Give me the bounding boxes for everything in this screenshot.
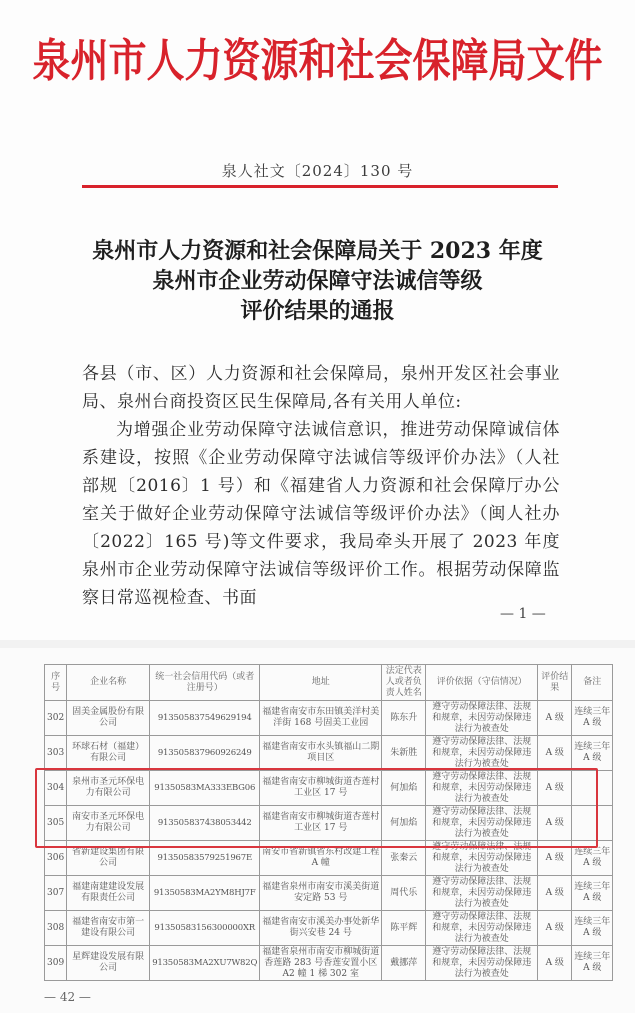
page-number: — 42 —	[44, 990, 91, 1004]
table-row: 309 星辉建设发展有限公司 91350583MA2XU7W82Q 福建省泉州市…	[45, 946, 613, 981]
cell-credit-code: 91350583579251967E	[150, 841, 260, 876]
document-masthead: 泉州市人力资源和社会保障局文件	[0, 24, 635, 89]
table-row-highlighted: 304 泉州市圣元环保电力有限公司 91350583MA333EBG06 福建省…	[45, 771, 613, 806]
header-result: 评价结果	[538, 665, 572, 701]
body-paragraph: 为增强企业劳动保障守法诚信意识，推进劳动保障诚信体系建设，按照《企业劳动保障守法…	[82, 416, 560, 612]
cell-credit-code: 913505837960926249	[150, 736, 260, 771]
cell-representative: 何加焰	[382, 806, 426, 841]
cell-credit-code: 91350583MA333EBG06	[150, 771, 260, 806]
cell-note: 连续三年 A 级	[572, 736, 613, 771]
table-row: 303 环球石材（福建）有限公司 913505837960926249 福建省南…	[45, 736, 613, 771]
document-title: 泉州市人力资源和社会保障局关于 2023 年度 泉州市企业劳动保障守法诚信等级 …	[0, 236, 635, 326]
header-seq: 序号	[45, 665, 67, 701]
page-number: — 1 —	[500, 606, 546, 622]
title-line-1: 泉州市人力资源和社会保障局关于 2023 年度	[0, 236, 635, 266]
table-row: 302 固美金属股份有限公司 91350583754962919​4 福建省南安…	[45, 701, 613, 736]
header-address: 地址	[260, 665, 382, 701]
cell-seq: 304	[45, 771, 67, 806]
page-separator	[0, 640, 635, 648]
cell-result: A 级	[538, 946, 572, 981]
title-line-3: 评价结果的通报	[0, 296, 635, 326]
cell-basis: 遵守劳动保障法律、法规和规章，未因劳动保障违法行为被查处	[426, 876, 538, 911]
cell-result: A 级	[538, 876, 572, 911]
cell-result: A 级	[538, 736, 572, 771]
evaluation-results-table: 序号 企业名称 统一社会信用代码（或者注册号） 地址 法定代表人或者负责人姓名 …	[44, 664, 613, 981]
cell-representative: 陈东升	[382, 701, 426, 736]
table-row-highlighted: 305 南安市圣元环保电力有限公司 913505837438053442 福建省…	[45, 806, 613, 841]
cell-note: 连续三年 A 级	[572, 841, 613, 876]
cell-company: 泉州市圣元环保电力有限公司	[67, 771, 150, 806]
cell-note: 连续三年 A 级	[572, 701, 613, 736]
cell-address: 福建省南安市水头镇福山二期项目区	[260, 736, 382, 771]
cell-address: 福建省南安市柳城街道杏莲村工业区 17 号	[260, 806, 382, 841]
cell-company: 环球石材（福建）有限公司	[67, 736, 150, 771]
cell-seq: 302	[45, 701, 67, 736]
cell-company: 星辉建设发展有限公司	[67, 946, 150, 981]
header-credit-code: 统一社会信用代码（或者注册号）	[150, 665, 260, 701]
cell-representative: 戴挪萍	[382, 946, 426, 981]
cell-credit-code: 913505837438053442	[150, 806, 260, 841]
cell-seq: 306	[45, 841, 67, 876]
cell-result: A 级	[538, 911, 572, 946]
cell-representative: 朱新胜	[382, 736, 426, 771]
cell-seq: 309	[45, 946, 67, 981]
cell-note: 连续三年 A 级	[572, 876, 613, 911]
cell-company: 福建南建建设发展有限责任公司	[67, 876, 150, 911]
header-company: 企业名称	[67, 665, 150, 701]
cell-basis: 遵守劳动保障法律、法规和规章，未因劳动保障违法行为被查处	[426, 911, 538, 946]
cell-address: 福建省泉州市南安市柳城街道香莲路 283 号香莲安置小区 A2 幢 1 梯 30…	[260, 946, 382, 981]
cell-seq: 303	[45, 736, 67, 771]
header-note: 备注	[572, 665, 613, 701]
cell-credit-code: 91350583MA2XU7W82Q	[150, 946, 260, 981]
cell-basis: 遵守劳动保障法律、法规和规章，未因劳动保障违法行为被查处	[426, 701, 538, 736]
cell-note	[572, 771, 613, 806]
cell-representative: 张秦云	[382, 841, 426, 876]
table-header-row: 序号 企业名称 统一社会信用代码（或者注册号） 地址 法定代表人或者负责人姓名 …	[45, 665, 613, 701]
cell-company: 福建省南安市第一建设有限公司	[67, 911, 150, 946]
cell-company: 固美金属股份有限公司	[67, 701, 150, 736]
cell-representative: 何加焰	[382, 771, 426, 806]
cell-address: 南安市省新镇省东村改建工程 A 幢	[260, 841, 382, 876]
cell-basis: 遵守劳动保障法律、法规和规章，未因劳动保障违法行为被查处	[426, 841, 538, 876]
cell-address: 福建省泉州市南安市溪美街道安定路 53 号	[260, 876, 382, 911]
cell-note: 连续三年 A 级	[572, 911, 613, 946]
cell-address: 福建省南安市柳城街道杏莲村工业区 17 号	[260, 771, 382, 806]
table-row: 308 福建省南安市第一建设有限公司 91350583156300000XR 福…	[45, 911, 613, 946]
cell-note: 连续三年 A 级	[572, 946, 613, 981]
cell-representative: 周代乐	[382, 876, 426, 911]
document-page-42: 序号 企业名称 统一社会信用代码（或者注册号） 地址 法定代表人或者负责人姓名 …	[0, 648, 635, 1013]
cell-seq: 308	[45, 911, 67, 946]
document-page-1: 泉州市人力资源和社会保障局文件 泉人社文〔2024〕130 号 泉州市人力资源和…	[0, 0, 635, 640]
header-basis: 评价依据（守信情况）	[426, 665, 538, 701]
document-number: 泉人社文〔2024〕130 号	[0, 160, 635, 181]
table-row: 307 福建南建建设发展有限责任公司 91350583MA2YM8HJ7F 福建…	[45, 876, 613, 911]
red-divider-line	[82, 185, 558, 188]
cell-basis: 遵守劳动保障法律、法规和规章，未因劳动保障违法行为被查处	[426, 946, 538, 981]
salutation: 各县（市、区）人力资源和社会保障局，泉州开发区社会事业局、泉州台商投资区民生保障…	[82, 360, 560, 416]
cell-result: A 级	[538, 806, 572, 841]
cell-address: 福建省南安市东田镇美洋村美洋街 168 号固美工业园	[260, 701, 382, 736]
cell-result: A 级	[538, 701, 572, 736]
cell-result: A 级	[538, 771, 572, 806]
table-row: 306 省新建设集团有限公司 91350583579251967E 南安市省新镇…	[45, 841, 613, 876]
cell-representative: 陈平辉	[382, 911, 426, 946]
cell-basis: 遵守劳动保障法律、法规和规章，未因劳动保障违法行为被查处	[426, 806, 538, 841]
cell-credit-code: 91350583156300000XR	[150, 911, 260, 946]
header-representative: 法定代表人或者负责人姓名	[382, 665, 426, 701]
document-body: 各县（市、区）人力资源和社会保障局，泉州开发区社会事业局、泉州台商投资区民生保障…	[82, 360, 560, 612]
cell-company: 省新建设集团有限公司	[67, 841, 150, 876]
cell-basis: 遵守劳动保障法律、法规和规章，未因劳动保障违法行为被查处	[426, 736, 538, 771]
cell-basis: 遵守劳动保障法律、法规和规章，未因劳动保障违法行为被查处	[426, 771, 538, 806]
cell-company: 南安市圣元环保电力有限公司	[67, 806, 150, 841]
cell-note	[572, 806, 613, 841]
cell-result: A 级	[538, 841, 572, 876]
cell-address: 福建省南安市溪美办事处新华街兴安巷 24 号	[260, 911, 382, 946]
cell-credit-code: 91350583754962919​4	[150, 701, 260, 736]
cell-credit-code: 91350583MA2YM8HJ7F	[150, 876, 260, 911]
title-line-2: 泉州市企业劳动保障守法诚信等级	[0, 266, 635, 296]
cell-seq: 307	[45, 876, 67, 911]
cell-seq: 305	[45, 806, 67, 841]
